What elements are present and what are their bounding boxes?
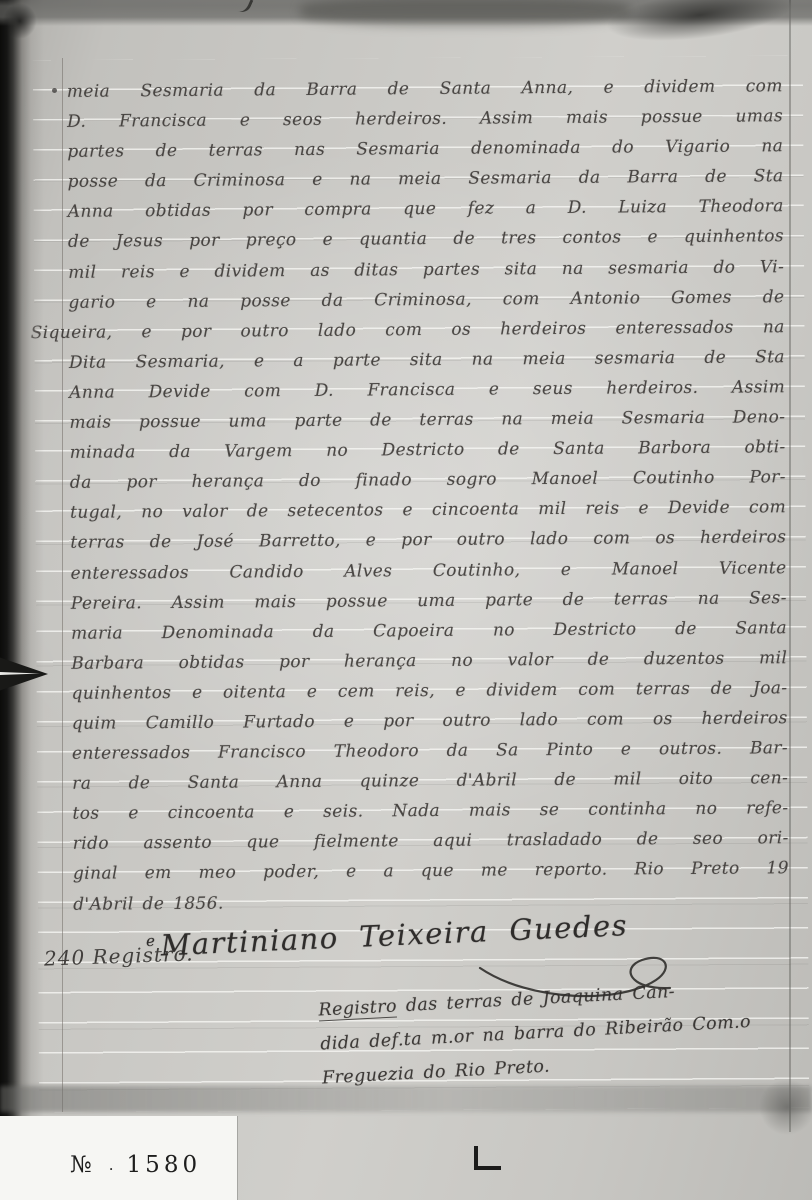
manuscript-body: meia Sesmaria da Barra de Santa Anna, e … — [67, 71, 790, 919]
numero-symbol: № — [70, 1152, 93, 1178]
corner-crop-mark — [474, 1146, 501, 1170]
scan-left-edge — [0, 0, 44, 1200]
scanned-document-page: meia Sesmaria da Barra de Santa Anna, e … — [0, 0, 812, 1200]
right-margin-rule — [789, 0, 791, 1132]
registry-number-text: №.1580 — [70, 1152, 201, 1178]
manuscript-line: ginal em meo poder, e a que me reporto. … — [73, 854, 789, 890]
bottom-right-smudge — [752, 1072, 812, 1142]
numero-dot: . — [109, 1156, 115, 1174]
manuscript-line: de Jesus por preço e quantia de tres con… — [68, 222, 784, 258]
bottom-smudge-band — [0, 1086, 812, 1112]
numero-value: 1580 — [127, 1152, 202, 1178]
registry-number-label: №.1580 — [0, 1116, 237, 1200]
closing-underlined-word: Registro — [318, 996, 397, 1021]
manuscript-line: terras de José Barretto, e por outro lad… — [70, 523, 786, 559]
scan-corner-shadow — [0, 0, 110, 70]
top-right-smudge — [572, 0, 812, 61]
ink-dot — [52, 88, 57, 93]
